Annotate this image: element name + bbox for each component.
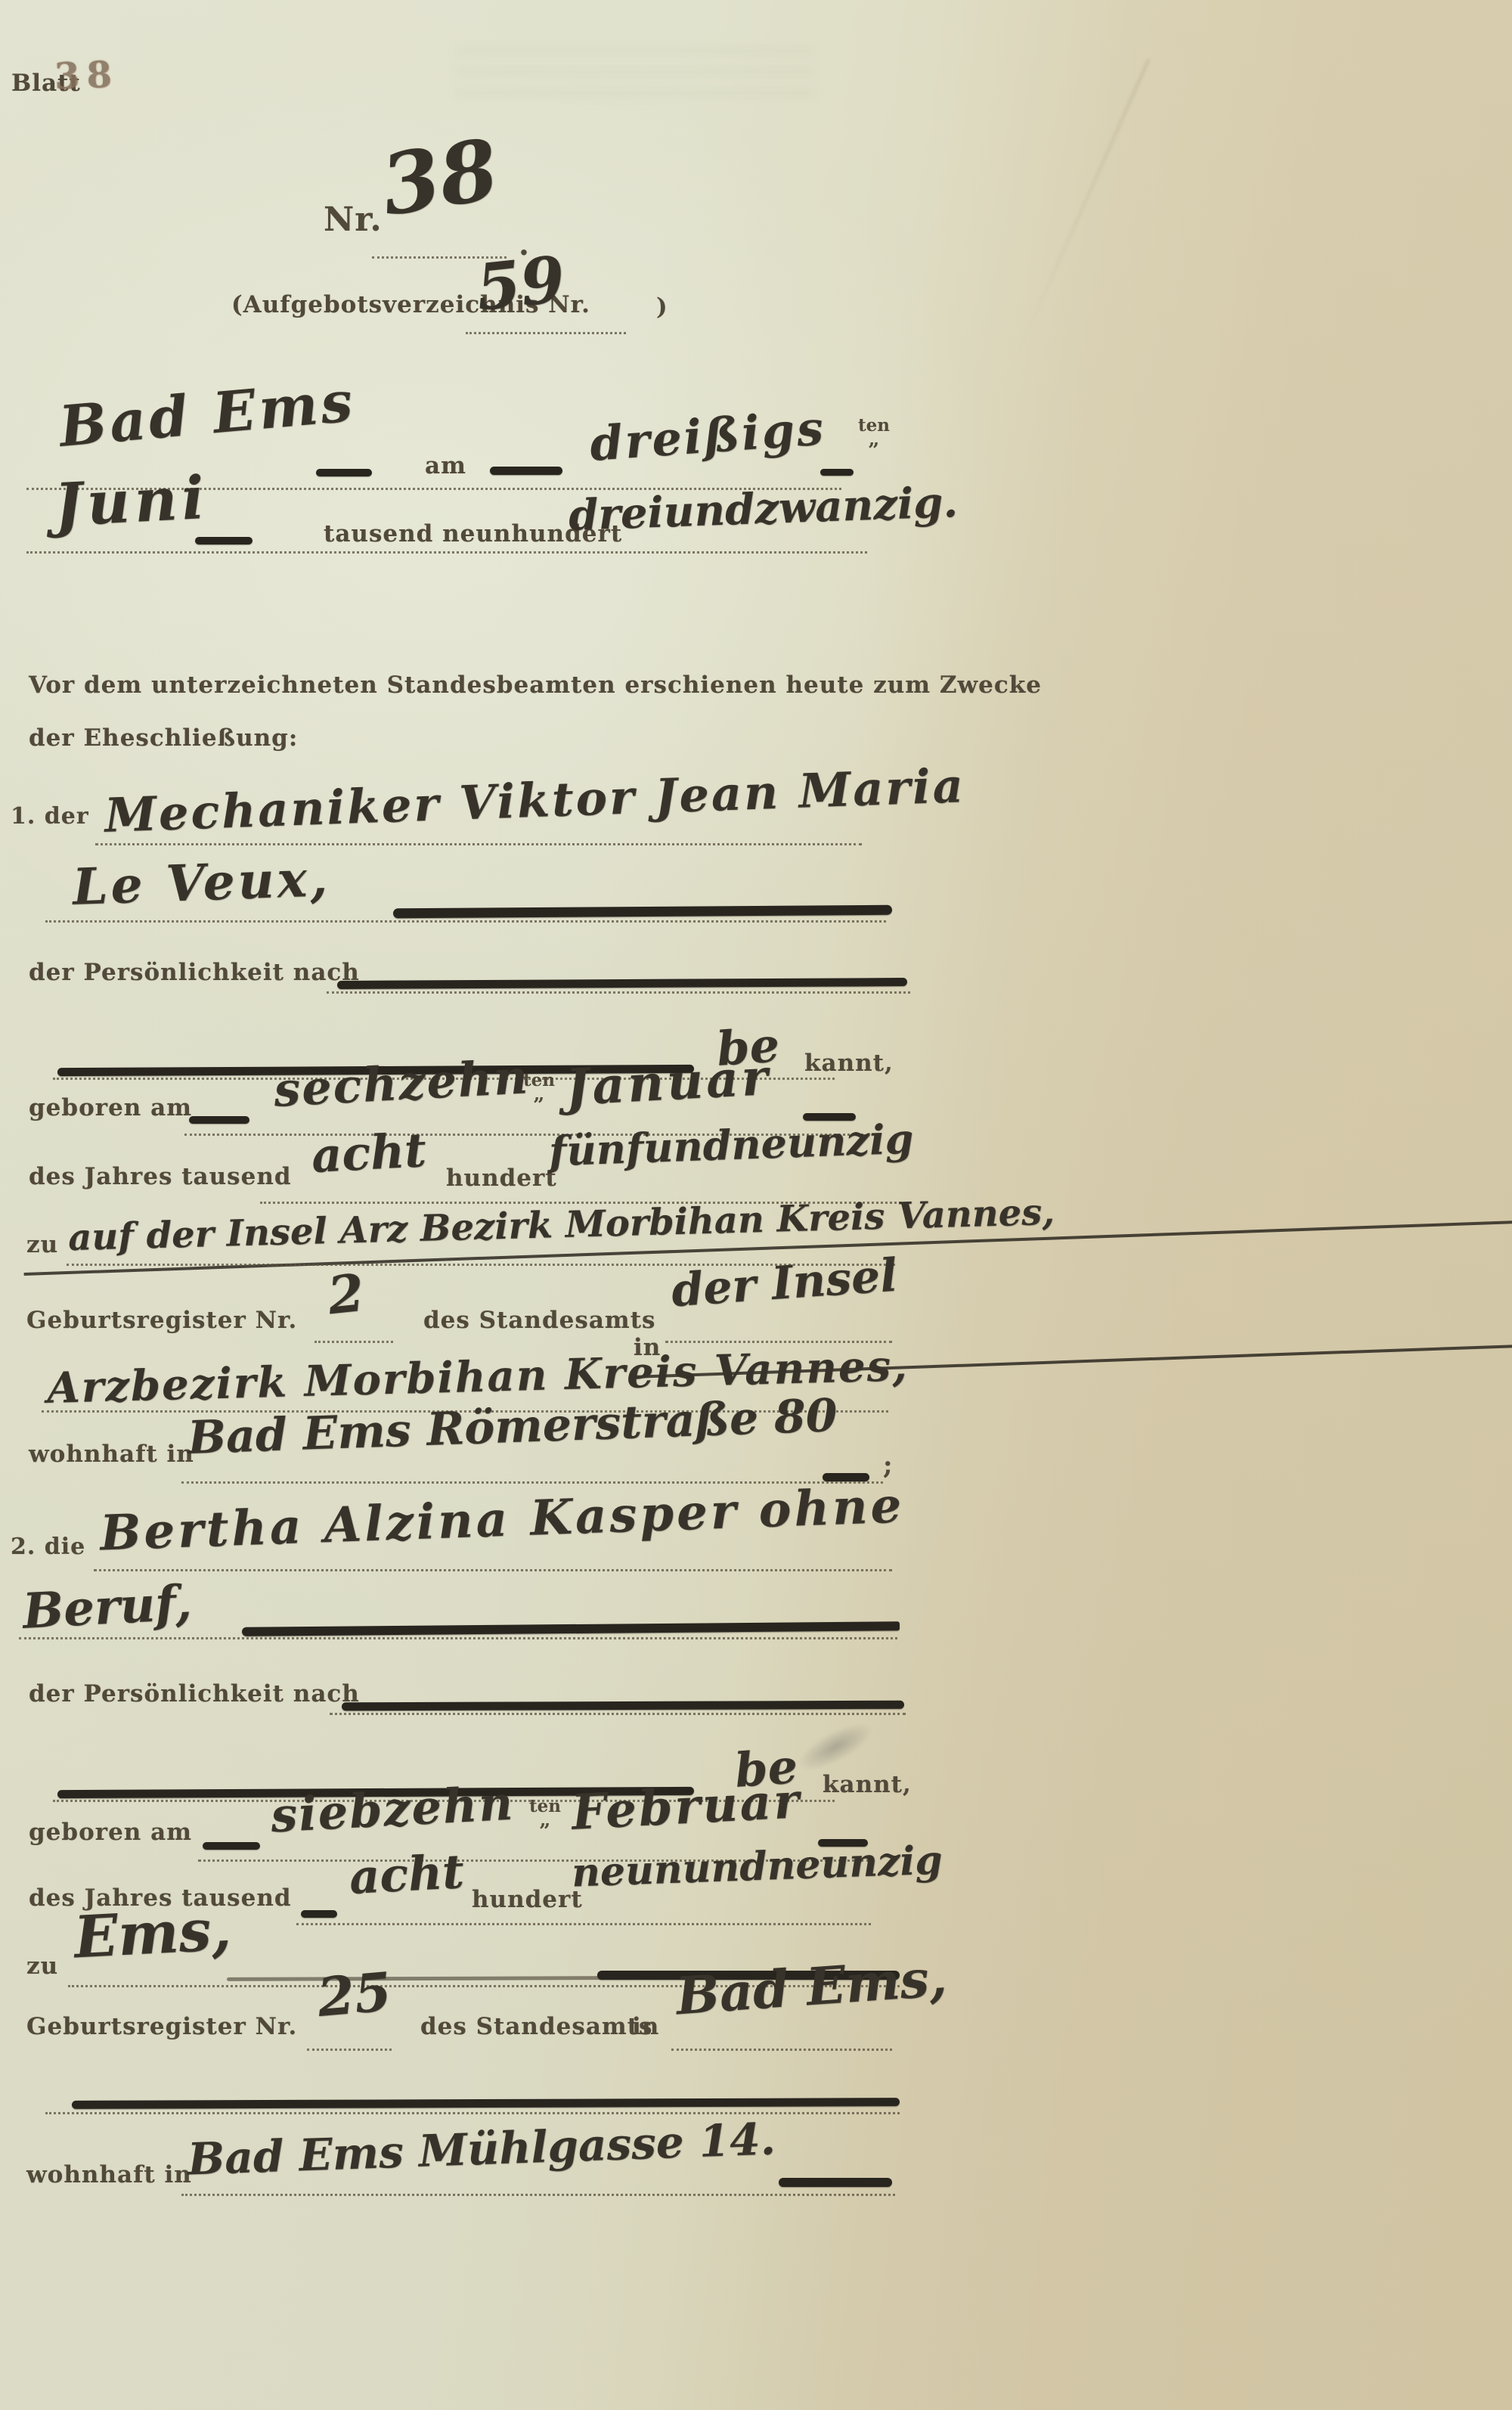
person2-residence-label: wohnhaft in	[26, 2161, 192, 2188]
ink-dash	[316, 469, 372, 476]
wedding-month-value: Juni	[53, 464, 210, 541]
ordinal-quote: „	[523, 1089, 555, 1100]
person1-office-line1: der Insel	[670, 1249, 899, 1318]
ordinal-suffix: ten „	[529, 1798, 561, 1825]
pencil-smudge	[792, 1714, 879, 1780]
dotted-line	[314, 1340, 393, 1343]
person1-year-hundreds: acht	[310, 1122, 427, 1183]
ink-filler-line	[337, 978, 907, 989]
person1-office-label: des Standesamts	[423, 1307, 656, 1334]
person2-name-line1: Bertha Alzina Kasper ohne	[99, 1477, 905, 1562]
ink-dash	[779, 2178, 892, 2187]
person2-zu-label: zu	[26, 1953, 58, 1980]
dotted-line	[307, 2048, 392, 2051]
person2-year-hundreds: acht	[348, 1844, 465, 1905]
dotted-line	[26, 551, 867, 554]
ordinal-suffix: ten „	[523, 1072, 555, 1100]
ink-dash	[189, 1116, 249, 1124]
ordinal-suffix: ten „	[858, 417, 890, 445]
fold-crease	[1015, 59, 1151, 357]
dotted-line	[466, 331, 626, 334]
person1-known-label: kannt,	[804, 1050, 894, 1077]
ink-filler-line	[393, 905, 892, 919]
dotted-line	[19, 1636, 897, 1639]
intro-line-2: der Eheschließung:	[29, 724, 298, 752]
dotted-line	[94, 1568, 892, 1571]
person1-residence-punct: ;	[883, 1450, 894, 1481]
person1-year-label: des Jahres tausend	[29, 1163, 292, 1190]
ink-dash	[301, 1910, 337, 1918]
person2-year-tens: neunundneunzig	[571, 1837, 943, 1896]
person2-known-label: kannt,	[823, 1771, 912, 1798]
dotted-line	[181, 2193, 895, 2196]
person1-index-label: 1. der	[11, 803, 89, 830]
person2-office-value: Bad Ems,	[674, 1948, 949, 2027]
person2-residence-value: Bad Ems Mühlgasse 14.	[187, 2113, 776, 2185]
bleedthrough-smudge	[454, 38, 816, 98]
dotted-line	[95, 842, 862, 845]
wedding-day-value: dreißigs	[588, 400, 827, 472]
person2-identity-label: der Persönlichkeit nach	[29, 1680, 360, 1707]
person2-register-label: Geburtsregister Nr.	[26, 2013, 297, 2040]
person1-name-line1: Mechaniker Viktor Jean Maria	[104, 758, 966, 843]
record-number-label: Nr.	[324, 200, 383, 239]
person1-year-tens: fünfundneunzig	[548, 1115, 914, 1176]
person1-born-label: geboren am	[29, 1094, 192, 1121]
person2-name-line2: Beruf,	[21, 1574, 193, 1640]
ink-filler-line	[242, 1621, 900, 1636]
dotted-line	[330, 1712, 906, 1715]
dotted-line	[45, 920, 886, 923]
person1-name-line2: Le Veux,	[72, 848, 331, 917]
aufgebot-number-value: 59	[472, 241, 569, 325]
person2-born-label: geboren am	[29, 1819, 192, 1846]
ordinal-quote: „	[529, 1815, 561, 1825]
ink-filler-line	[72, 2098, 900, 2109]
person2-birthplace: Ems,	[73, 1896, 233, 1971]
person2-hundert-label: hundert	[472, 1886, 583, 1913]
record-number-value: 38	[375, 120, 504, 234]
person2-office-in-label: in	[632, 2013, 659, 2040]
person2-office-label: des Standesamts	[420, 2013, 653, 2040]
person2-birth-month: Februar	[570, 1773, 802, 1841]
person1-birth-day: sechzehn	[272, 1049, 530, 1118]
place-value: Bad Ems	[57, 369, 358, 460]
aufgebot-close-paren: )	[656, 293, 668, 321]
person1-register-label: Geburtsregister Nr.	[26, 1307, 297, 1334]
person1-birth-month: Januar	[564, 1047, 772, 1117]
ink-dash	[203, 1842, 260, 1850]
intro-line-1: Vor dem unterzeichneten Standesbeamten e…	[29, 672, 1042, 699]
person2-birth-day: siebzehn	[269, 1776, 515, 1844]
person2-index-label: 2. die	[11, 1534, 85, 1560]
ink-filler-line	[342, 1701, 904, 1711]
ink-dash	[195, 537, 253, 544]
ink-dash	[820, 469, 854, 476]
am-label: am	[425, 452, 466, 479]
sheet-number-stamp: 38	[54, 54, 119, 98]
person1-identity-label: der Persönlichkeit nach	[29, 959, 360, 986]
scanned-registry-form-page: Blatt 38 Nr. 38 . (Aufgebotsverzeichnis …	[0, 0, 1512, 2410]
thin-strike-line	[227, 1976, 605, 1981]
dotted-line	[327, 991, 910, 994]
dotted-line	[296, 1922, 871, 1925]
dotted-line	[671, 2048, 892, 2051]
ink-dash	[490, 467, 562, 475]
person1-hundert-label: hundert	[446, 1165, 557, 1192]
person2-register-number: 25	[315, 1960, 394, 2029]
person1-register-number: 2	[325, 1263, 367, 1327]
ordinal-quote: „	[858, 434, 890, 445]
person1-residence-label: wohnhaft in	[29, 1441, 194, 1468]
